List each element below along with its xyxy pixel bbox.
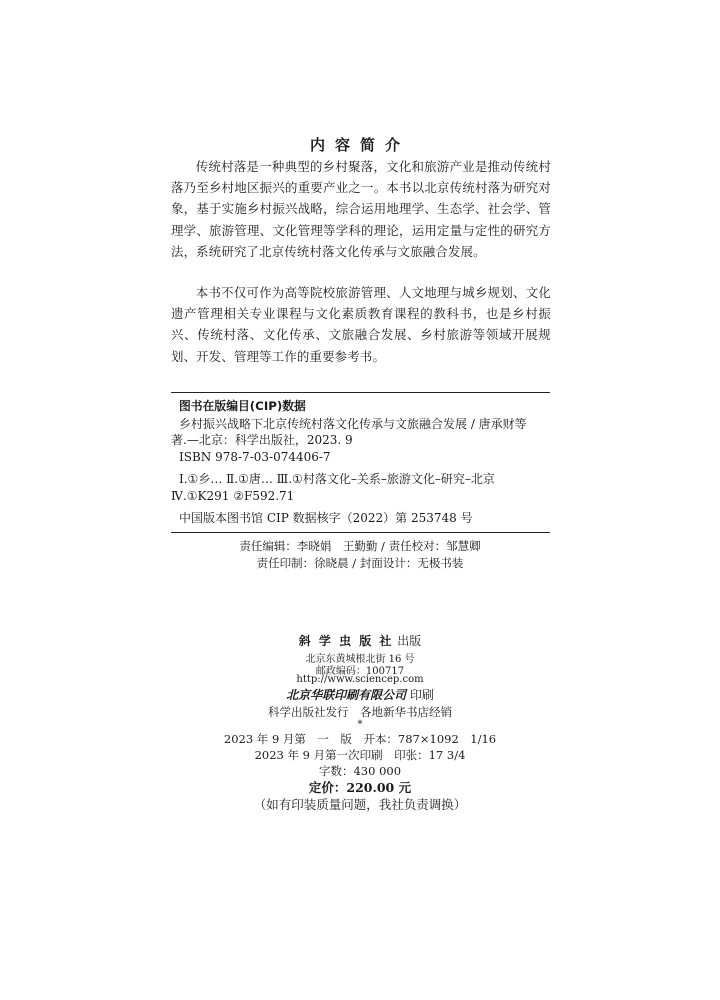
cip-classification-1: Ⅰ.①乡… Ⅱ.①唐… Ⅲ.①村落文化–关系–旅游文化–研究–北京 (171, 471, 559, 487)
summary-paragraph-2: 本书不仅可作为高等院校旅游管理、人文地理与城乡规划、文化遗产管理相关专业课程与文… (171, 282, 551, 367)
printing-info: 2023 年 9 月第一次印刷 印张：17 3/4 (0, 747, 720, 763)
summary-paragraph-1: 传统村落是一种典型的乡村聚落，文化和旅游产业是推动传统村落乃至乡村地区振兴的重要… (171, 156, 551, 262)
word-count: 字数：430 000 (0, 763, 720, 779)
printer-row: 北京华联印刷有限公司 印刷 (0, 686, 720, 703)
price: 定价：220.00 元 (0, 778, 720, 796)
page-title: 内容简介 (0, 134, 720, 155)
cip-bottom-rule (171, 532, 550, 533)
credits-editors: 责任编辑：李晓娟 王勤勤 / 责任校对：邹慧卿 (0, 538, 720, 554)
distribution: 科学出版社发行 各地新华书店经销 (0, 704, 720, 720)
cip-title-line1: 乡村振兴战略下北京传统村落文化传承与文旅融合发展 / 唐承财等 (171, 416, 559, 432)
publisher-suffix: 出版 (397, 634, 421, 648)
quality-notice: （如有印装质量问题，我社负责调换） (0, 795, 720, 813)
cip-isbn: ISBN 978-7-03-074406-7 (171, 449, 559, 465)
cip-title-line2: 著.—北京：科学出版社，2023. 9 (171, 432, 551, 448)
publisher-name-row: 斜 学 虫 版 社 出版 (0, 632, 720, 649)
printer-suffix: 印刷 (410, 688, 434, 702)
cip-heading: 图书在版编目(CIP)数据 (171, 398, 559, 414)
publisher-website: http://www.sciencep.com (0, 674, 720, 685)
edition-info: 2023 年 9 月第 一 版 开本：787×1092 1/16 (0, 731, 720, 747)
publisher-logo-text: 斜 学 虫 版 社 (299, 634, 394, 648)
printer-name: 北京华联印刷有限公司 (286, 688, 406, 702)
cip-top-rule (171, 392, 550, 393)
cip-record-number: 中国版本图书馆 CIP 数据核字（2022）第 253748 号 (171, 510, 559, 526)
cip-classification-2: Ⅳ.①K291 ②F592.71 (171, 488, 551, 504)
credits-production: 责任印制：徐晓晨 / 封面设计：无极书装 (0, 555, 720, 571)
separator-asterisk: * (0, 719, 720, 730)
